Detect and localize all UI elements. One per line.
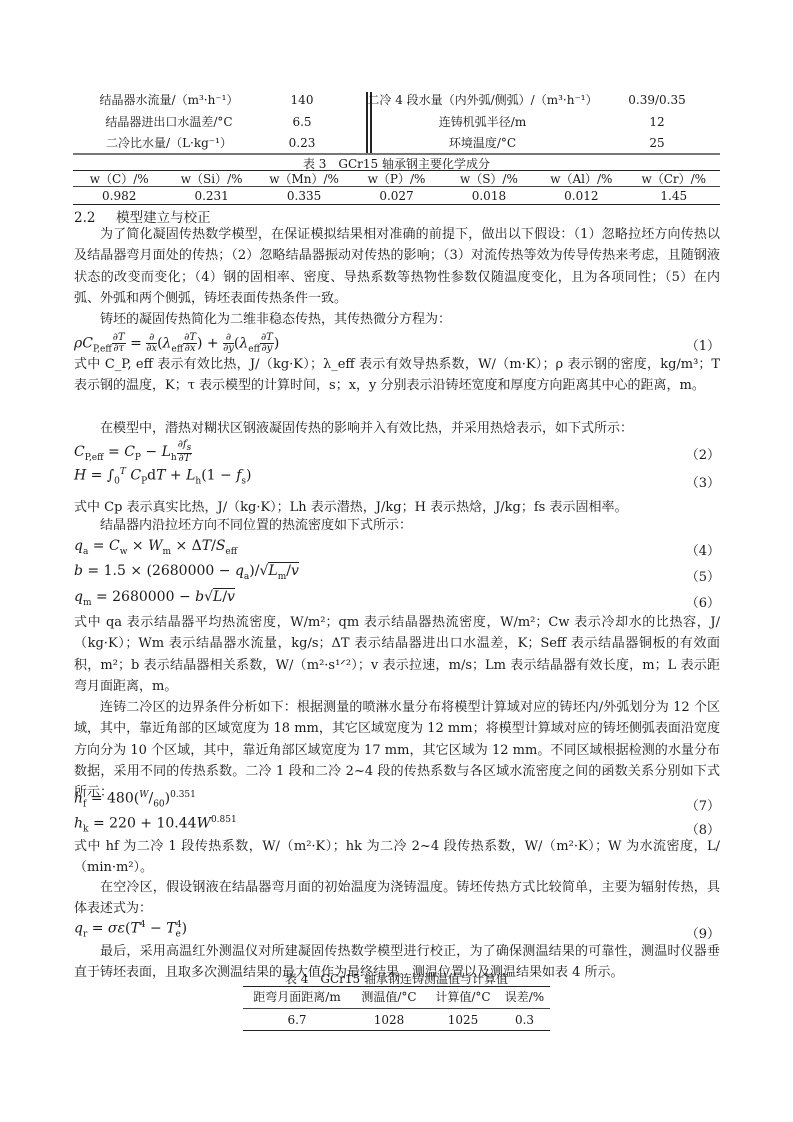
paragraph-secondary-cooling: 连铸二冷区的边界条件分析如下：根据测量的喷淋水量分布将模型计算域对应的铸坯内/外…	[74, 697, 720, 803]
table-cell-value: 140	[262, 92, 342, 108]
equation-1: ρCP,eff∂T∂τ = ∂∂x(λeff∂T∂x) + ∂∂y(λeff∂T…	[74, 333, 279, 354]
equation-3-number: （3）	[686, 472, 720, 491]
table4-cell: 6.7	[243, 1012, 351, 1028]
table4-cell: 1025	[427, 1012, 499, 1028]
table3-header: w（Si）/%	[165, 171, 257, 187]
table4-top-rule	[243, 986, 550, 987]
equation-4: qa = Cw × Wm × ΔT/Seff	[74, 538, 237, 557]
table3-cell: 0.027	[350, 188, 442, 204]
table3-cell: 0.231	[165, 188, 257, 204]
table3-header-rule	[73, 186, 720, 187]
table3-header: w（P）/%	[350, 171, 442, 187]
paragraph-assumptions: 为了简化凝固传热数学模型，在保证模拟结果相对准确的前提下，做出以下假设：（1）忽…	[74, 224, 720, 309]
equation-7-number: （7）	[686, 795, 720, 814]
table4-header: 测温值/°C	[351, 989, 427, 1005]
equation-1-number: （1）	[686, 335, 720, 354]
paragraph-eq6-definitions: 式中 qa 表示结晶器平均热流密度，W/m²；qm 表示结晶器热流密度，W/m²…	[74, 612, 720, 697]
paragraph-heat-flux-intro: 结晶器内沿拉坯方向不同位置的热流密度如下式所示：	[74, 515, 720, 536]
table3-header: w（Mn）/%	[258, 171, 350, 187]
paragraph-eq1-definitions: 式中 C_P, eff 表示有效比热，J/（kg·K）；λ_eff 表示有效导热…	[74, 354, 720, 397]
table3-cell: 1.45	[628, 188, 720, 204]
table4-cell: 0.3	[499, 1012, 550, 1028]
table4-bottom-rule	[243, 1030, 550, 1031]
table4-cell: 1028	[351, 1012, 427, 1028]
double-divider-right	[370, 92, 372, 154]
paragraph-air-cooling: 在空冷区，假设钢液在结晶器弯月面的初始温度为浇铸温度。铸坯传热方式比较简单，主要…	[74, 877, 720, 920]
equation-8: hk = 220 + 10.44W0.851	[74, 815, 237, 834]
table-cell-value: 25	[612, 135, 702, 151]
table4-caption: 表 4 GCr15 轴承钢连铸测温值与计算值	[243, 970, 550, 987]
paragraph-latent-heat-intro: 在模型中，潜热对糊状区钢液凝固传热的影响并入有效比热，并采用热焓表示，如下式所示…	[74, 418, 720, 439]
table3-cell: 0.335	[258, 188, 350, 204]
section-heading: 2.2 模型建立与校正	[74, 206, 211, 226]
table3-header: w（Al）/%	[535, 171, 627, 187]
table3-cell: 0.018	[443, 188, 535, 204]
table-cell-value: 12	[612, 114, 702, 130]
table-cell-label: 二冷比水量/（L·kg⁻¹）	[74, 135, 264, 151]
equation-2-number: （2）	[686, 444, 720, 463]
table3-header: w（S）/%	[443, 171, 535, 187]
double-divider-left	[366, 92, 368, 154]
table-cell-value: 0.39/0.35	[612, 92, 702, 108]
table3-cell: 0.012	[535, 188, 627, 204]
equation-4-number: （4）	[686, 540, 720, 559]
table4-header: 计算值/°C	[427, 989, 499, 1005]
equation-7: hf = 480(W/60)0.351	[74, 790, 196, 809]
equation-3: H = ∫0T CPdT + Lh(1 − fs)	[74, 467, 251, 486]
table-cell-value: 0.23	[262, 135, 342, 151]
table-cell-label: 环境温度/°C	[360, 135, 605, 151]
equation-2: CP,eff = CP − Lh∂fs∂T	[74, 440, 192, 464]
equation-5-number: （5）	[686, 566, 720, 585]
table3-header: w（Cr）/%	[628, 171, 720, 187]
table-cell-label: 结晶器进出口水温差/°C	[74, 114, 264, 130]
equation-9-number: （9）	[686, 923, 720, 942]
paragraph-eq8-definitions: 式中 hf 为二冷 1 段传热系数，W/（m²·K）；hk 为二冷 2~4 段传…	[74, 836, 720, 879]
table-cell-value: 6.5	[262, 114, 342, 130]
table3-cell: 0.982	[73, 188, 165, 204]
paragraph-heat-equation-intro: 铸坯的凝固传热简化为二维非稳态传热，其传热微分方程为：	[74, 309, 720, 330]
table4-header: 误差/%	[499, 989, 550, 1005]
equation-6: qm = 2680000 − b√L/v	[74, 589, 235, 608]
table-cell-label: 连铸机弧半径/m	[360, 114, 605, 130]
table4-header: 距弯月面距离/m	[243, 989, 351, 1005]
table4-header-rule	[243, 1008, 550, 1009]
table3-header: w（C）/%	[73, 171, 165, 187]
equation-6-number: （6）	[686, 592, 720, 611]
equation-9: qr = σε(T4 − Te4)	[74, 920, 187, 939]
equation-5: b = 1.5 × (2680000 − qa)/√Lm/v	[74, 563, 299, 582]
table-cell-label: 二冷 4 段水量（内外弧/侧弧）/（m³·h⁻¹）	[360, 92, 605, 108]
table-cell-label: 结晶器水流量/（m³·h⁻¹）	[74, 92, 264, 108]
